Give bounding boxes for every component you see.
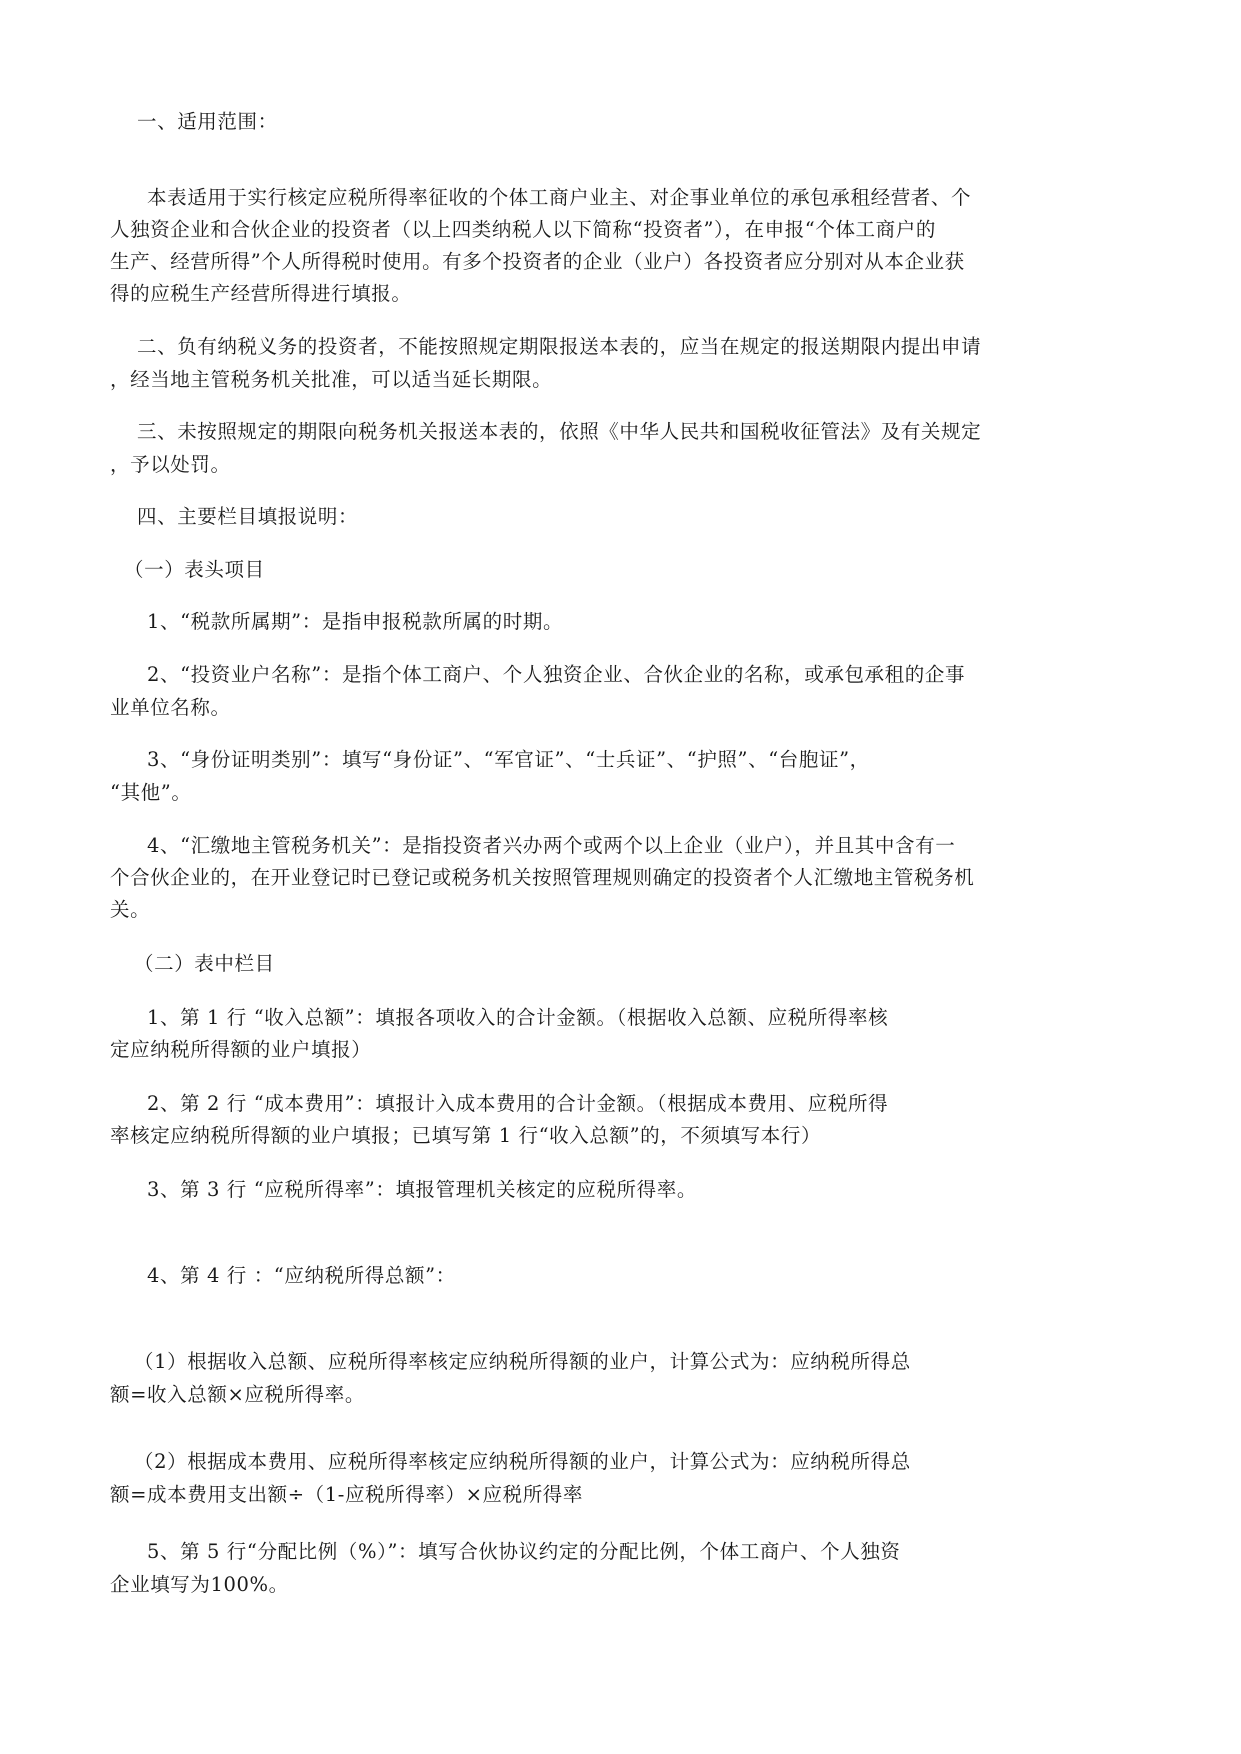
- header-item-4-line-2: 个合伙企业的，在开业登记时已登记或税务机关按照管理规则确定的投资者个人汇缴地主管…: [110, 866, 974, 890]
- row-item-3: 3、第 3 行 “应税所得率”：填报管理机关核定的应税所得率。: [147, 1178, 697, 1202]
- row-item-2-line-1: 2、第 2 行 “成本费用”：填报计入成本费用的合计金额。（根据成本费用、应税所…: [147, 1092, 888, 1116]
- section-two-line-2: ，经当地主管税务机关批准，可以适当延长期限。: [110, 368, 552, 392]
- row-item-4: 4、第 4 行 ：“应纳税所得总额”：: [147, 1264, 456, 1288]
- header-item-1: 1、“税款所属期”：是指申报税款所属的时期。: [147, 610, 563, 634]
- section-three-line-1: 三、未按照规定的期限向税务机关报送本表的，依照《中华人民共和国税收征管法》及有关…: [137, 420, 981, 444]
- section-three-line-2: ，予以处罚。: [110, 453, 231, 477]
- subsection-heading-header-items: （一）表头项目: [124, 558, 265, 582]
- row-item-1-line-1: 1、第 1 行 “收入总额”：填报各项收入的合计金额。（根据收入总额、应税所得率…: [147, 1006, 888, 1030]
- subsection-heading-table-columns: （二）表中栏目: [134, 952, 275, 976]
- header-item-3-line-2: “其他”。: [110, 781, 191, 805]
- header-item-4-line-3: 关。: [110, 898, 150, 922]
- row-item-5-line-1: 5、第 5 行“分配比例（%）”：填写合伙协议约定的分配比例，个体工商户、个人独…: [147, 1540, 901, 1564]
- section-two-line-1: 二、负有纳税义务的投资者，不能按照规定期限报送本表的，应当在规定的报送期限内提出…: [137, 335, 981, 359]
- paragraph-scope-line-4: 得的应税生产经营所得进行填报。: [110, 282, 412, 306]
- row-item-4-formula-1-line-2: 额=收入总额×应税所得率。: [110, 1383, 365, 1407]
- header-item-4-line-1: 4、“汇缴地主管税务机关”：是指投资者兴办两个或两个以上企业（业户），并且其中含…: [147, 834, 955, 858]
- paragraph-scope-line-3: 生产、经营所得”个人所得税时使用。有多个投资者的企业（业户）各投资者应分别对从本…: [110, 250, 965, 274]
- header-item-2-line-1: 2、“投资业户名称”：是指个体工商户、个人独资企业、合伙企业的名称，或承包承租的…: [147, 663, 965, 687]
- header-item-2-line-2: 业单位名称。: [110, 696, 231, 720]
- paragraph-scope-line-1: 本表适用于实行核定应税所得率征收的个体工商户业主、对企事业单位的承包承租经营者、…: [147, 186, 971, 210]
- section-heading-instructions: 四、主要栏目填报说明：: [137, 505, 358, 529]
- row-item-4-formula-2-line-2: 额=成本费用支出额÷（1-应税所得率）×应税所得率: [110, 1483, 583, 1507]
- row-item-4-formula-2-line-1: （2）根据成本费用、应税所得率核定应纳税所得额的业户，计算公式为：应纳税所得总: [134, 1450, 911, 1474]
- header-item-3-line-1: 3、“身份证明类别”：填写“身份证”、“军官证”、“士兵证”、“护照”、“台胞证…: [147, 748, 870, 772]
- document-page: 一、适用范围： 本表适用于实行核定应税所得率征收的个体工商户业主、对企事业单位的…: [0, 0, 1241, 1754]
- row-item-1-line-2: 定应纳税所得额的业户填报）: [110, 1038, 371, 1062]
- row-item-4-formula-1-line-1: （1）根据收入总额、应税所得率核定应纳税所得额的业户，计算公式为：应纳税所得总: [134, 1350, 911, 1374]
- section-heading-scope: 一、适用范围：: [137, 110, 278, 134]
- row-item-5-line-2: 企业填写为100%。: [110, 1573, 289, 1597]
- row-item-2-line-2: 率核定应纳税所得额的业户填报；已填写第 1 行“收入总额”的，不须填写本行）: [110, 1124, 821, 1148]
- paragraph-scope-line-2: 人独资企业和合伙企业的投资者（以上四类纳税人以下简称“投资者”），在申报“个体工…: [110, 218, 936, 242]
